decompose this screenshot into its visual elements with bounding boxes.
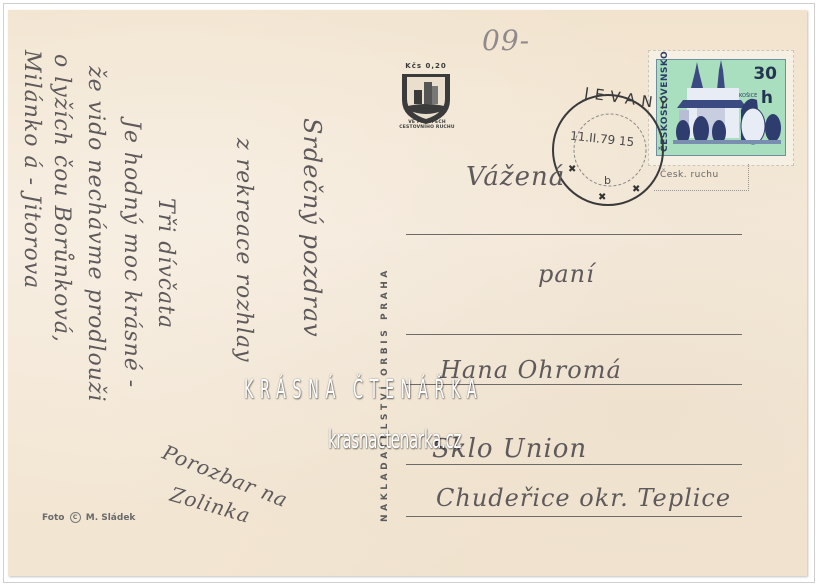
svg-text:✖: ✖ [598, 192, 606, 203]
photo-credit: Foto C M. Sládek [42, 512, 135, 523]
charity-emblem: Kčs 0,20 VE PROSPĚCH CESTOVNÍHO RUCHU [386, 62, 466, 126]
watermark-url: krasnactenarka.cz [328, 425, 461, 455]
photo-credit-author: M. Sládek [86, 513, 136, 523]
copyright-icon: C [70, 512, 81, 523]
emblem-caption: VE PROSPĚCH CESTOVNÍHO RUCHU [392, 120, 462, 130]
pencil-note: 09- [482, 24, 530, 57]
postcard: 09- Kčs 0,20 VE PROSPĚCH CESTOVNÍHO RUCH… [8, 10, 807, 576]
castle-shield-icon [386, 62, 466, 126]
postmark: ✖ ✖ ✖ JEVANY 11.II.79 15 b [548, 88, 666, 218]
stamp-image: ČESKOSLOVENSKO 30 h KOŠICE [656, 59, 786, 156]
message-line-2: o lyžích čou Borůnková, [49, 54, 74, 343]
svg-text:✖: ✖ [632, 184, 640, 195]
message-line-3: že vido nechávme prodlouži [83, 66, 108, 403]
message-line-1: Milánko á - Jitorova [19, 50, 44, 289]
address-salutation: Vážená [466, 162, 565, 192]
address-city: Chudeřice okr. Teplice [436, 484, 731, 512]
address-line-5 [406, 516, 742, 517]
address-line-4 [406, 464, 742, 465]
svg-text:✖: ✖ [568, 164, 576, 175]
address-title: paní [538, 260, 595, 288]
message-line-6: z rekreace rozhlay [231, 138, 256, 363]
message-line-7: Srdečný pozdrav [298, 118, 326, 338]
message-line-5: Tři dívčata [153, 198, 178, 329]
address-line-2 [406, 334, 742, 335]
cathedral-illustration-icon [657, 60, 785, 155]
photo-credit-label: Foto [42, 513, 64, 523]
postmark-code: b [604, 174, 611, 187]
watermark-title: KRÁSNÁ ČTENÁŘKA [244, 375, 483, 405]
message-line-4: Je hodný moc krásné - [119, 120, 144, 388]
stamp-caption: Česk. ruchu [660, 170, 719, 180]
address-line-1 [406, 234, 742, 235]
